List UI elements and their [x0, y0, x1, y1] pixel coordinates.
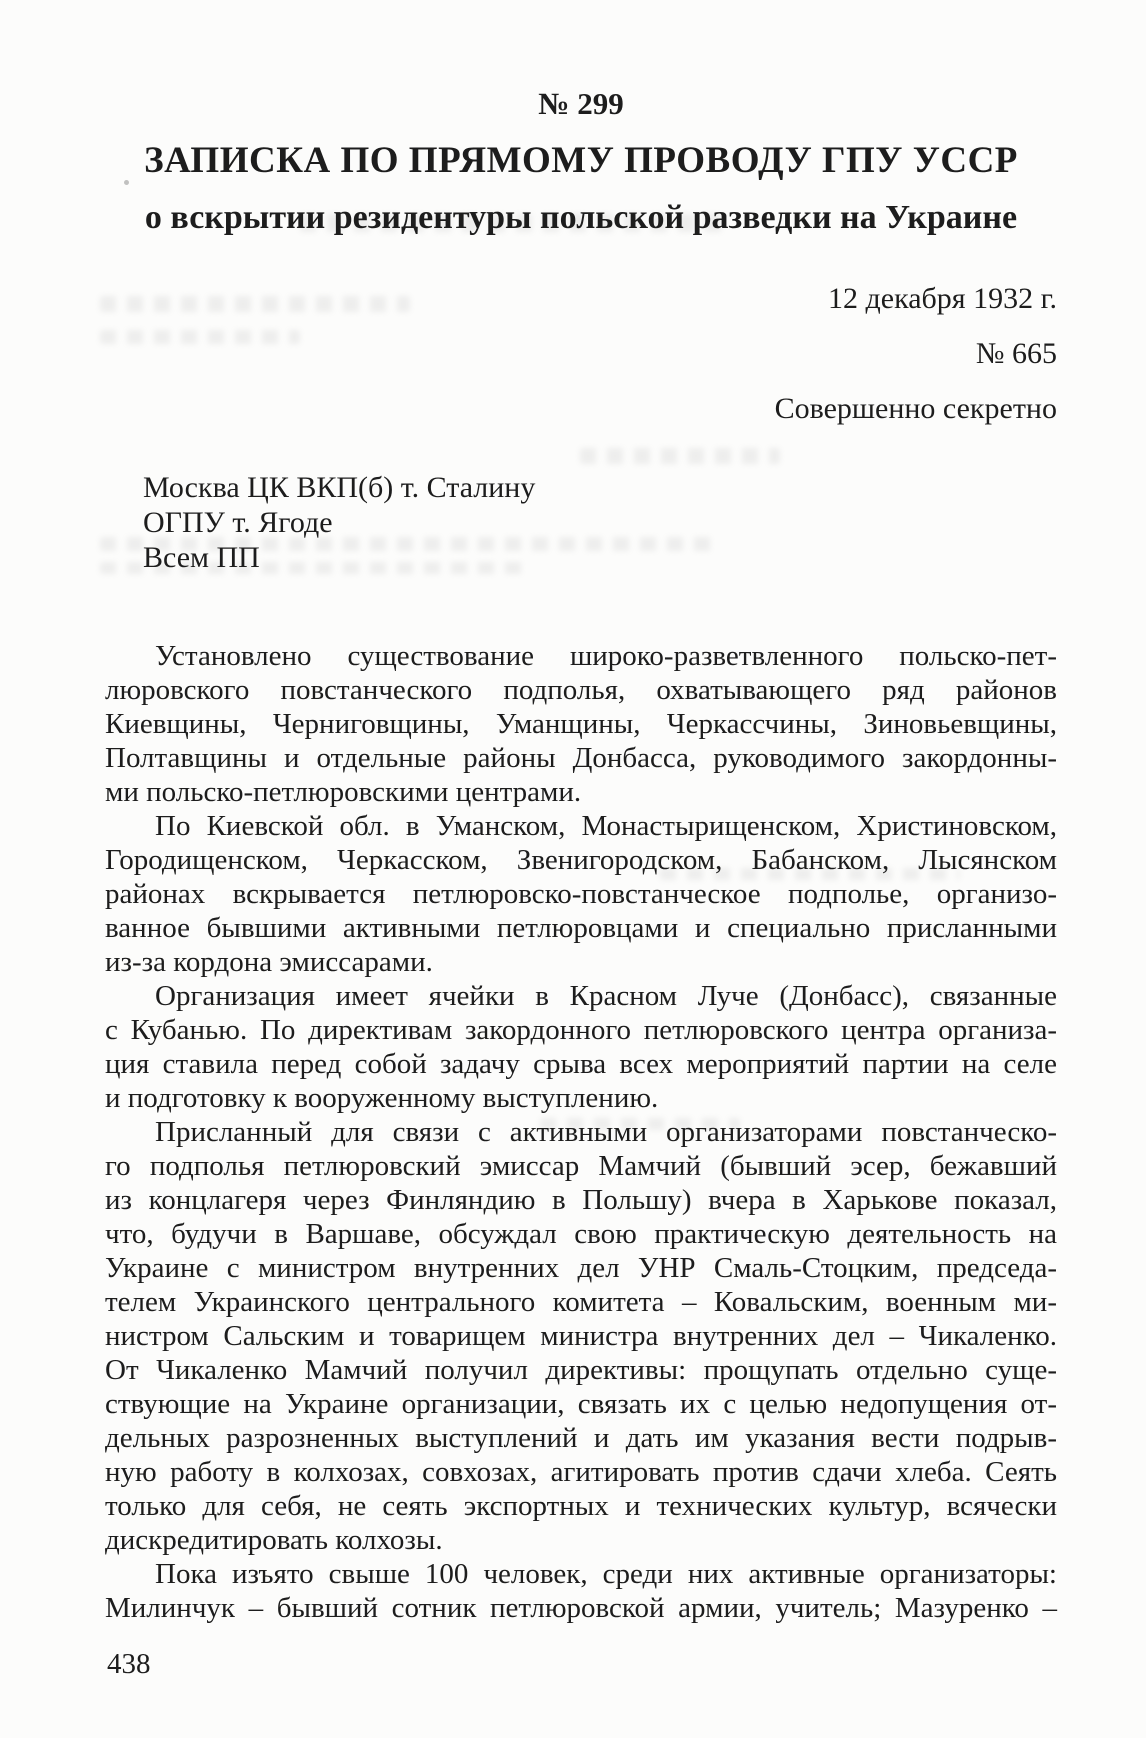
- document-item-number: № 299: [105, 86, 1057, 122]
- body-line: Городищенском, Черкасском, Звенигородско…: [105, 843, 1057, 877]
- body-line: и подготовку к вооруженному выступлению.: [105, 1081, 1057, 1115]
- document-subtitle: о вскрытии резидентуры польской разведки…: [105, 199, 1057, 237]
- body-line: Милинчук – бывший сотник петлюровской ар…: [105, 1591, 1057, 1625]
- body-line: Организация имеет ячейки в Красном Луче …: [105, 979, 1057, 1013]
- body-line: нистром Сальским и товарищем министра вн…: [105, 1319, 1057, 1353]
- body-line: дискредитировать колхозы.: [105, 1523, 1057, 1557]
- body-line: Украине с министром внутренних дел УНР С…: [105, 1251, 1057, 1285]
- body-line: Установлено существование широко-разветв…: [105, 639, 1057, 673]
- scanned-document-page: № 299 ЗАПИСКА ПО ПРЯМОМУ ПРОВОДУ ГПУ УСС…: [0, 0, 1146, 1738]
- body-line: из-за кордона эмиссарами.: [105, 945, 1057, 979]
- document-number: № 665: [976, 337, 1057, 371]
- body-line: Пока изъято свыше 100 человек, среди них…: [105, 1557, 1057, 1591]
- bleed-through-artifact: [100, 296, 410, 312]
- bleed-through-artifact: [580, 448, 780, 464]
- addressee-line: Всем ПП: [143, 540, 535, 575]
- body-line: От Чикаленко Мамчий получил директивы: п…: [105, 1353, 1057, 1387]
- document-title: ЗАПИСКА ПО ПРЯМОМУ ПРОВОДУ ГПУ УССР: [105, 139, 1057, 182]
- body-line: ную работу в колхозах, совхозах, агитиро…: [105, 1455, 1057, 1489]
- addressee-line: ОГПУ т. Ягоде: [143, 505, 535, 540]
- body-line: ствующие на Украине организации, связать…: [105, 1387, 1057, 1421]
- body-line: только для себя, не сеять экспортных и т…: [105, 1489, 1057, 1523]
- body-line: ванное бывшими активными петлюровцами и …: [105, 911, 1057, 945]
- body-text: Установлено существование широко-разветв…: [105, 639, 1057, 1625]
- body-line: дельных разрозненных выступлений и дать …: [105, 1421, 1057, 1455]
- body-line: что, будучи в Варшаве, обсуждал свою пра…: [105, 1217, 1057, 1251]
- body-line: из концлагеря через Финляндию в Польшу) …: [105, 1183, 1057, 1217]
- body-line: районах вскрывается петлюровско-повстанч…: [105, 877, 1057, 911]
- body-line: Киевщины, Черниговщины, Уманщины, Черкас…: [105, 707, 1057, 741]
- body-line: телем Украинского центрального комитета …: [105, 1285, 1057, 1319]
- body-line: Полтавщины и отдельные районы Донбасса, …: [105, 741, 1057, 775]
- addressee-block: Москва ЦК ВКП(б) т. Сталину ОГПУ т. Ягод…: [143, 470, 535, 575]
- body-line: По Киевской обл. в Уманском, Монастырище…: [105, 809, 1057, 843]
- body-line: ми польско-петлюровскими центрами.: [105, 775, 1057, 809]
- bleed-through-artifact: [100, 330, 300, 344]
- document-date: 12 декабря 1932 г.: [828, 282, 1057, 316]
- page-number: 438: [107, 1648, 151, 1681]
- body-line: с Кубанью. По директивам закордонного пе…: [105, 1013, 1057, 1047]
- body-line: люровского повстанческого подполья, охва…: [105, 673, 1057, 707]
- body-line: ция ставила перед собой задачу срыва все…: [105, 1047, 1057, 1081]
- body-line: Присланный для связи с активными организ…: [105, 1115, 1057, 1149]
- addressee-line: Москва ЦК ВКП(б) т. Сталину: [143, 470, 535, 505]
- secrecy-stamp: Совершенно секретно: [775, 392, 1057, 426]
- body-line: го подполья петлюровский эмиссар Мамчий …: [105, 1149, 1057, 1183]
